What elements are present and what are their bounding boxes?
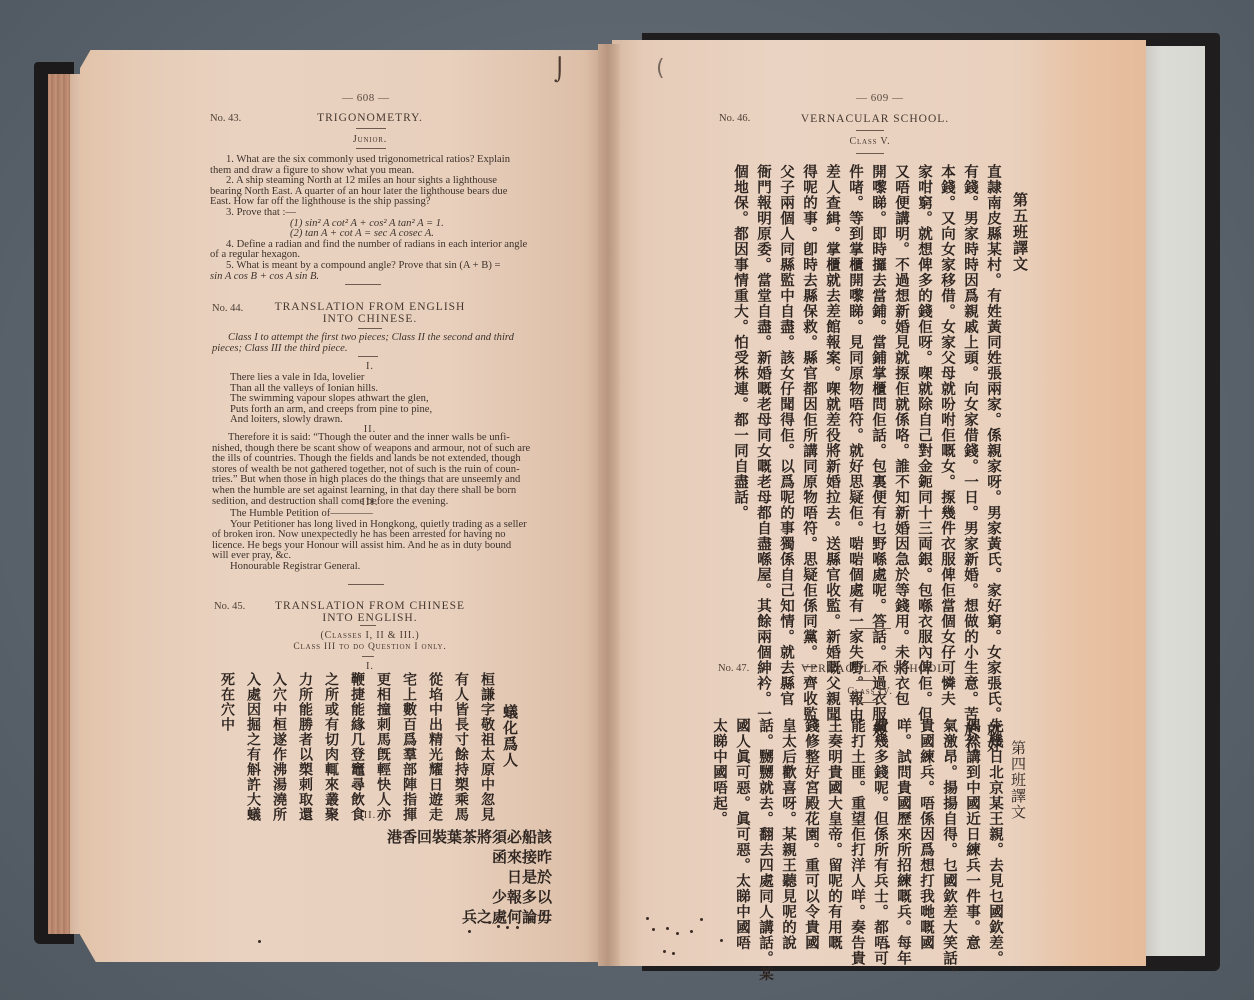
piece-label-i: I. bbox=[340, 661, 400, 672]
divider bbox=[358, 328, 382, 329]
chinese-column: 父子兩個人同縣監中自盡。該女仔聞得佢。以爲呢的事獨係自己知情。就去縣官 bbox=[776, 164, 796, 707]
section-number-47: No. 47. bbox=[718, 663, 749, 674]
chinese-column: 皇太后歡喜呀。某親王聽見呢的說 bbox=[778, 718, 798, 951]
chinese-column: 桓謙字敬祖太原中忽見 bbox=[478, 672, 496, 822]
trigonometry-questions: 1. What are the six commonly used trigon… bbox=[210, 155, 530, 282]
chinese-column: 有錢。男家時時因爲親戚上頭。向女家借錢。一日。男家新婚。想做的小生意。苦於冇 bbox=[960, 164, 980, 753]
divider bbox=[855, 628, 891, 629]
petition-heading: The Humble Petition of———— bbox=[212, 509, 534, 520]
question-3-line: 3. Prove that :— bbox=[210, 208, 530, 219]
poem-line: There lies a vale in Ida, lovelier bbox=[230, 373, 510, 384]
chinese-column: 又唔便講明。不過想新婚見就揼佢就係咯。誰不知新婚因急於等錢用。未將衣包 bbox=[891, 164, 911, 707]
chinese-column: 太睇中國唔起。 bbox=[709, 718, 729, 827]
chinese-column: 死在穴中 bbox=[218, 672, 236, 732]
section-subtitle-junior: Junior. bbox=[330, 134, 410, 145]
chinese-column: 入穴中桓遂作沸湯澆所 bbox=[270, 672, 288, 822]
section-title-line2: INTO CHINESE. bbox=[270, 313, 470, 325]
chinese-notice-line: 日是於 bbox=[507, 866, 552, 887]
chinese-heading-class-v: 第五班譯文 bbox=[1010, 192, 1031, 272]
chinese-column: 咩。試問貴國歷來所招練嘅兵。每年 bbox=[893, 718, 913, 966]
chinese-column: 氣激昂。揚揚自得。乜國欽差大笑話。 bbox=[939, 718, 959, 982]
chinese-column: 國人眞可惡。眞可惡。太睇中國唔 bbox=[732, 718, 752, 951]
chinese-column: 本錢。又向女家移借。女家父母就吩咐佢嘅女。揼幾件衣服俾佢當個女仔可憐夫 bbox=[937, 164, 957, 707]
piece-label-i: I. bbox=[340, 361, 400, 372]
chinese-notice-line: 函來接昨 bbox=[492, 846, 552, 867]
class-v-label: Class V. bbox=[835, 136, 905, 147]
chinese-column: 能打土匪。重望佢打洋人咩。奏告貴 bbox=[847, 718, 867, 966]
divider bbox=[356, 148, 386, 149]
chinese-column: 更相撞刺馬旣輕快人亦 bbox=[374, 672, 392, 822]
section-number-45: No. 45. bbox=[214, 601, 245, 612]
section-title-vernacular-school: VERNACULAR SCHOOL. bbox=[790, 663, 960, 675]
translation-instructions: Class I to attempt the first two pieces;… bbox=[212, 333, 532, 354]
chinese-column: 件啫。等到掌櫃開嚟睇。見同原物唔符。就好思疑佢。啱啱個處有一家失嘢。報由 bbox=[845, 164, 865, 722]
section-number-44: No. 44. bbox=[212, 303, 243, 314]
chinese-column: 家咁窮。就想俾多的錢佢呀。㗎就除自己對金鈪同十三両銀。包喺衣服內俾佢。但 bbox=[914, 164, 934, 722]
section-title-line2: INTO ENGLISH. bbox=[270, 612, 470, 624]
section-number-43: No. 43. bbox=[210, 113, 241, 124]
chinese-column: 先幾日北京某王親。去見乜國欽差。 bbox=[985, 718, 1005, 966]
chinese-column: 從埳中出精光耀日遊走 bbox=[426, 672, 444, 822]
piece-label-ii: II. bbox=[340, 810, 400, 821]
instructions-line: pieces; Class III the third piece. bbox=[212, 344, 532, 355]
divider bbox=[360, 625, 376, 626]
chinese-notice-line: 港香回裝葉茶將須必船該 bbox=[387, 826, 552, 847]
chinese-column: 費幾多錢呢。但係所有兵士。都唔可 bbox=[870, 718, 890, 966]
divider bbox=[356, 128, 386, 129]
page-number-left: — 608 — bbox=[342, 92, 390, 104]
chinese-column: 力所能勝者以槊刺取還 bbox=[296, 672, 314, 822]
ink-mark-left: ⌡ bbox=[554, 58, 565, 83]
chinese-column: 個地保。都因事情重大。怕受株連。都一同自盡話。 bbox=[730, 164, 750, 521]
question-1-line: 1. What are the six commonly used trigon… bbox=[210, 155, 530, 166]
divider bbox=[856, 130, 884, 131]
chinese-notice-line: 少報多以 bbox=[492, 886, 552, 907]
chinese-column: 之所或有切肉輒來叢聚 bbox=[322, 672, 340, 822]
chinese-column: 鞭捷能緣几登竈尋飲食 bbox=[348, 672, 366, 822]
class-iv-label: Class IV. bbox=[835, 686, 905, 697]
ink-mark-right: ( bbox=[656, 56, 665, 81]
divider bbox=[358, 356, 378, 357]
chinese-column: 宅上數百爲羣部陣指揮 bbox=[400, 672, 418, 822]
section-title-line1: TRANSLATION FROM ENGLISH bbox=[270, 301, 470, 313]
flyleaf bbox=[1143, 46, 1205, 956]
divider bbox=[856, 153, 884, 154]
chinese-column: 王奏明貴國大皇帝。留呢的有用嘅 bbox=[824, 718, 844, 951]
chinese-heading-class-iv: 第四班譯文 bbox=[1008, 740, 1029, 820]
page-number-right: — 609 — bbox=[856, 92, 904, 104]
question-5-line: sin A cos B + cos A sin B. bbox=[210, 272, 530, 283]
chinese-column: 差人查緝。掌櫃就去差館報案。㗎就差役將新婚拉去。送縣官收監。新婚嘅父親聞 bbox=[822, 164, 842, 722]
chinese-column: 衙門報明原委。當堂自盡。新婚嘅老母同女嘅老母都自盡喺屋。其餘兩個紳衿。一 bbox=[753, 164, 773, 722]
piece-2-line: Therefore it is said: “Though the outer … bbox=[212, 433, 534, 444]
piece-label-iii: III. bbox=[340, 497, 400, 508]
divider bbox=[348, 584, 384, 585]
divider bbox=[362, 656, 374, 657]
question-5-line: 5. What is meant by a compound angle? Pr… bbox=[210, 261, 530, 272]
divider bbox=[856, 702, 884, 703]
chinese-column: 話。嬲嬲就去。翻去四處同人講話。某 bbox=[755, 718, 775, 982]
chinese-column: 得呢的事。卽時去縣保救。縣官都因佢所講同原物唔符。思疑佢係同黨。一齊收監。 bbox=[799, 164, 819, 738]
class-iii-note: Class III to do Question I only. bbox=[250, 642, 490, 652]
chinese-column: 偶然講到中國近日練兵一件事。意 bbox=[962, 718, 982, 951]
petition-text: The Humble Petition of———— Your Petition… bbox=[212, 509, 534, 573]
section-number-46: No. 46. bbox=[719, 113, 750, 124]
petition-addressee: Honourable Registrar General. bbox=[212, 562, 534, 573]
section-title-line1: TRANSLATION FROM CHINESE bbox=[270, 600, 470, 612]
divider bbox=[856, 680, 884, 681]
chinese-column: 直隷南皮縣某村。有姓黃同姓張兩家。係親家呀。男家黃氏。家好窮。女家張氏。就好 bbox=[983, 164, 1003, 753]
instructions-line: Class I to attempt the first two pieces;… bbox=[212, 333, 532, 344]
chinese-column: 貴國練兵。唔係因爲想打我哋嘅國 bbox=[916, 718, 936, 951]
chinese-column: 有人皆長寸餘持槊乘馬 bbox=[452, 672, 470, 822]
chinese-column: 入處因掘之有斛許大蟻 bbox=[244, 672, 262, 822]
book-gutter bbox=[598, 44, 620, 966]
chinese-notice-line: 兵之處何論毋 bbox=[462, 906, 552, 927]
section-title-trigonometry: TRIGONOMETRY. bbox=[300, 112, 440, 124]
divider bbox=[345, 284, 381, 285]
chinese-piece-title: 蟻化爲人 bbox=[500, 704, 521, 768]
chinese-column: 錢修整好宮殿花園。重可以令貴國 bbox=[801, 718, 821, 951]
chinese-column: 開嚟睇。即時攞去當鋪。當鋪掌櫃問佢話。包裏便有乜野喺處呢。答話。不過衣服幾 bbox=[868, 164, 888, 738]
poem: There lies a vale in Ida, lovelier Than … bbox=[230, 373, 510, 426]
section-title-vernacular-school: VERNACULAR SCHOOL. bbox=[790, 113, 960, 125]
piece-2-line: when the humble are set against learning… bbox=[212, 486, 534, 497]
classes-note: (Classes I, II & III.) bbox=[270, 630, 470, 641]
